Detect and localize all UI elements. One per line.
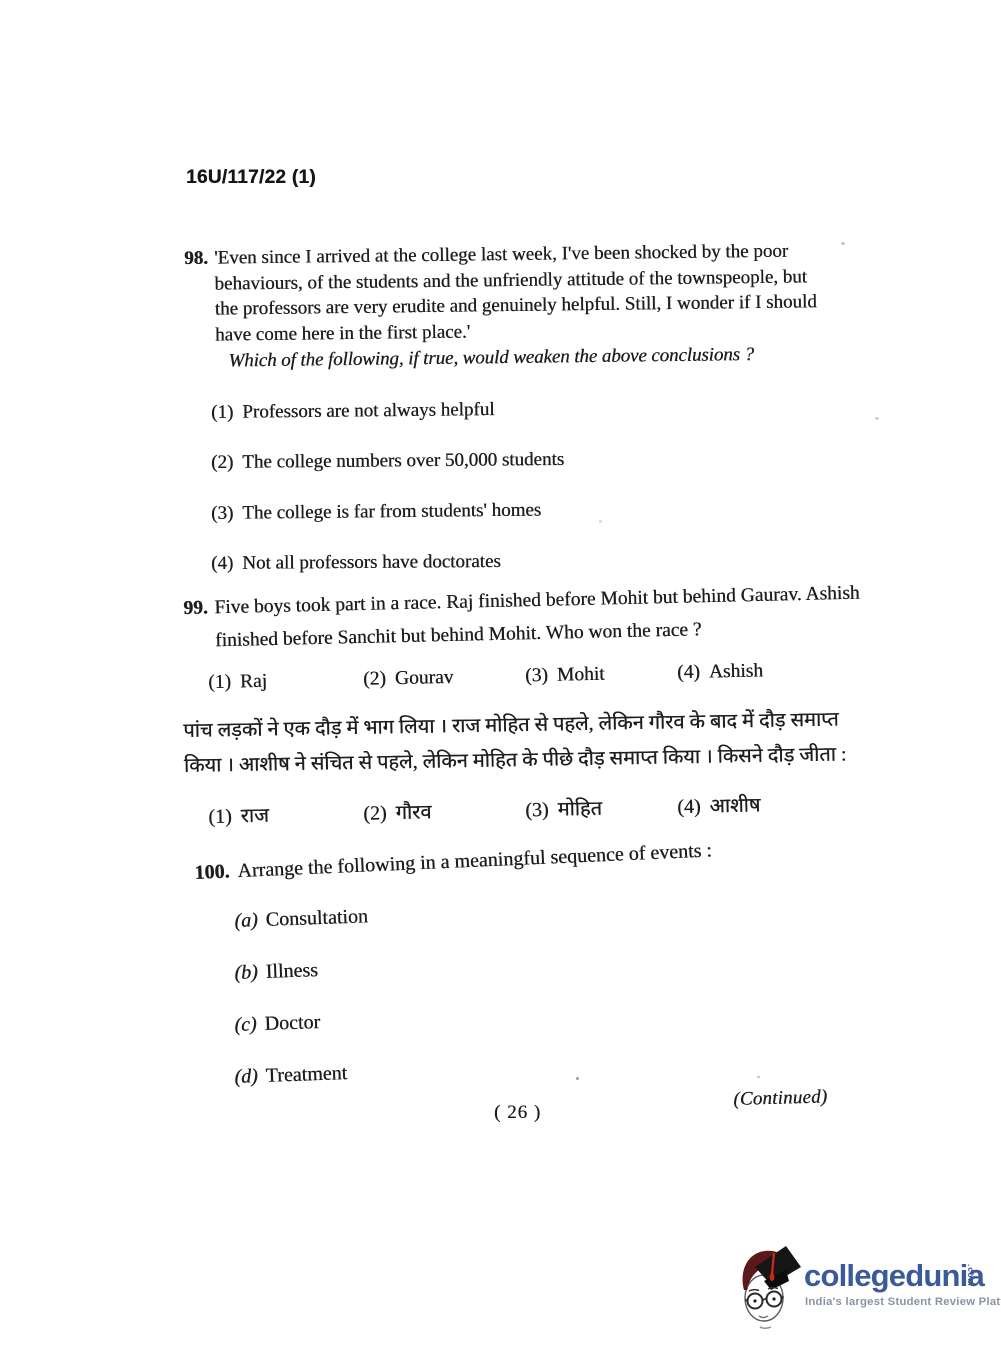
option-98-1: (1)Professors are not always helpful — [211, 399, 495, 424]
question-prompt: Arrange the following in a meaningful se… — [237, 839, 712, 882]
sequence-item-a: (a)Consultation — [234, 905, 368, 933]
question-99-hindi-paragraph: पांच लड़कों ने एक दौड़ में भाग लिया । रा… — [183, 702, 849, 783]
item-label: Consultation — [265, 905, 368, 931]
sequence-item-b: (b)Illness — [234, 959, 318, 985]
option: (3)Mohit — [525, 664, 605, 688]
item-marker: (d) — [234, 1065, 258, 1088]
logo-wordmark: collegedunia — [804, 1258, 984, 1294]
sequence-item-d: (d)Treatment — [234, 1062, 348, 1089]
question-100: 100.Arrange the following in a meaningfu… — [194, 839, 712, 885]
option-label: Not all professors have doctorates — [242, 551, 501, 575]
question-99: 99. Five boys took part in a race. Raj f… — [183, 577, 864, 658]
option-marker: (3) — [211, 503, 233, 525]
scan-speck — [599, 520, 602, 523]
question-number: 99. — [183, 591, 208, 625]
option: (2)गौरव — [363, 797, 432, 825]
option-label: Professors are not always helpful — [242, 399, 494, 424]
question-99-options-hindi: (1)राज (2)गौरव (3)मोहित (4)आशीष — [208, 789, 808, 830]
option-label: गौरव — [395, 797, 431, 825]
option-marker: (3) — [525, 799, 549, 821]
option: (4)आशीष — [677, 790, 761, 819]
option: (4)Ashish — [677, 660, 763, 684]
question-number: 98. — [184, 246, 208, 272]
continued-note: (Continued) — [733, 1086, 828, 1111]
option-marker: (1) — [208, 806, 232, 828]
scan-speck — [875, 417, 879, 420]
option-marker: (2) — [363, 802, 387, 824]
question-98: 98. 'Even since I arrived at the college… — [184, 238, 846, 375]
item-marker: (b) — [234, 961, 258, 984]
option: (1)राज — [208, 801, 269, 829]
option: (1)Raj — [208, 671, 267, 694]
option-marker: (2) — [211, 452, 233, 474]
mascot-icon — [734, 1240, 802, 1332]
option-marker: (4) — [677, 662, 700, 683]
option-label: मोहित — [557, 794, 602, 822]
option-marker: (2) — [363, 668, 386, 689]
item-label: Treatment — [265, 1062, 347, 1087]
option-marker: (4) — [677, 796, 701, 818]
option-label: Mohit — [557, 664, 605, 687]
logo-tagline: India's largest Student Review Platform — [805, 1296, 1001, 1308]
option-marker: (4) — [211, 553, 233, 575]
option-label: The college is far from students' homes — [242, 500, 541, 525]
collegedunia-logo: collegedunia .com India's largest Studen… — [734, 1240, 984, 1336]
option-98-3: (3)The college is far from students' hom… — [211, 500, 541, 525]
option-label: Ashish — [709, 660, 764, 683]
option-98-4: (4)Not all professors have doctorates — [211, 551, 501, 575]
option-marker: (3) — [525, 665, 548, 686]
option-label: आशीष — [709, 790, 760, 818]
exam-paper-page: 16U/117/22 (1) 98. 'Even since I arrived… — [0, 0, 1001, 1356]
option-label: Gourav — [395, 667, 454, 690]
option-label: The college numbers over 50,000 students — [242, 449, 564, 474]
scan-speck — [841, 242, 845, 245]
page-number: ( 26 ) — [494, 1102, 541, 1124]
paper-code: 16U/117/22 (1) — [186, 167, 316, 189]
scan-speck — [757, 1076, 760, 1078]
option: (2)Gourav — [363, 667, 454, 691]
option-marker: (1) — [208, 672, 231, 693]
logo-tld: .com — [966, 1264, 975, 1287]
question-99-options-english: (1)Raj (2)Gourav (3)Mohit (4)Ashish — [208, 659, 808, 700]
option-label: Raj — [240, 671, 268, 694]
item-marker: (a) — [234, 909, 258, 932]
option-label: राज — [240, 801, 269, 829]
item-label: Doctor — [264, 1011, 320, 1035]
item-label: Illness — [265, 959, 318, 983]
scan-speck — [576, 1077, 579, 1080]
sequence-item-c: (c)Doctor — [234, 1011, 321, 1037]
question-number: 100. — [194, 860, 230, 884]
option: (3)मोहित — [525, 794, 602, 823]
option-98-2: (2)The college numbers over 50,000 stude… — [211, 449, 564, 474]
item-marker: (c) — [234, 1013, 257, 1036]
option-marker: (1) — [211, 402, 233, 424]
